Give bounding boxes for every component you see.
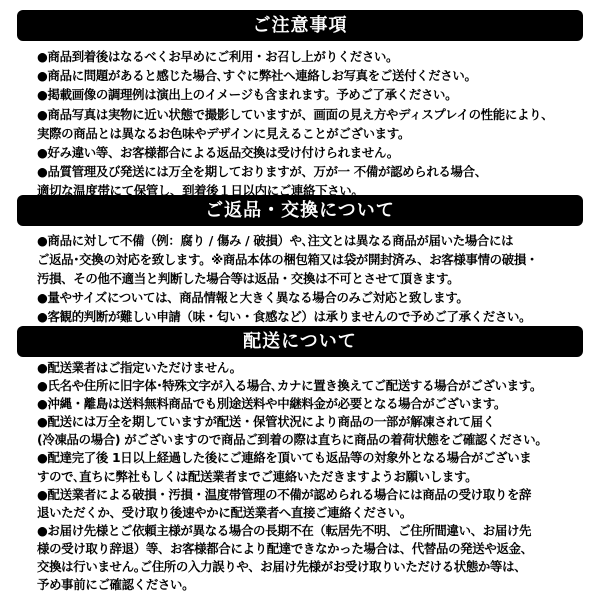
- shipping-line: ●配送には万全を期していますが配送・保管状況により商品の一部が解凍されて届く: [37, 413, 592, 431]
- returns-line: ●客観的判断が難しい申請（味・匂い・食感など）は承りませんので予めご了承ください…: [37, 307, 592, 326]
- shipping-line: ●お届け先様とご依頼主様が異なる場合の長期不在（転居先不明、ご住所間違い、お届け…: [37, 522, 592, 540]
- notice-line: 実際の商品とは異なるお色味やデザインに見えることがございます。: [37, 124, 592, 143]
- shipping-line: ●配送業者による破損・汚損・温度帯管理の不備が認められる場合には商品の受け取りを…: [37, 486, 592, 504]
- shipping-line: 様の受け取り辞退）等、お客様都合により配達できなかった場合は、代替品の発送や返金…: [37, 540, 592, 558]
- shipping-line: ●沖縄・離島は送料無料商品でも別途送料や中継料金が必要となる場合がございます。: [37, 395, 592, 413]
- shipping-line: 交換は行いません｡ご住所の入力誤りや、お届け先様がお受け取りいただける状態か等は…: [37, 558, 592, 576]
- returns-line: 汚損、その他不適当と判断した場合等は返品・交換は不可とさせて頂きます。: [37, 269, 592, 288]
- section-header-notes: ご注意事項: [17, 10, 583, 41]
- shipping-line: すので､直ちに弊社もしくは配送業者までご連絡いただきますようお願いします。: [37, 468, 592, 486]
- shipping-line: ●配達完了後 1日以上経過した後にご連絡を頂いても返品等の対象外となる場合がござ…: [37, 449, 592, 467]
- shipping-line: 退いただくか、受け取り後速やかに配送業者へ直接ご連絡ください。: [37, 504, 592, 522]
- section-header-shipping: 配送について: [17, 326, 583, 357]
- notice-line: ●掲載画像の調理例は演出上のイメージも含まれます。予めご了承ください。: [37, 85, 592, 104]
- section-header-returns: ご返品・交換について: [17, 195, 583, 226]
- returns-line: ●量やサイズについては、商品情報と大きく異なる場合のみご対応と致します。: [37, 288, 592, 307]
- shipping-line: (冷凍品の場合) がございますので商品ご到着の際は直ちに商品の着荷状態をご確認く…: [37, 431, 592, 449]
- returns-line: ご返品･交換の対応を致します。※商品本体の梱包箱又は袋が開封済み、お客様事情の破…: [37, 250, 592, 269]
- section-body-returns: ●商品に対して不備（例：腐り / 傷み / 破損）や､注文とは異なる商品が届いた…: [37, 231, 592, 326]
- notice-line: ●好み違い等、お客様都合による返品交換は受け付けられません。: [37, 143, 592, 162]
- shipping-line: ●氏名や住所に旧字体･特殊文字が入る場合､カナに置き換えてご配送する場合がござい…: [37, 377, 592, 395]
- shipping-line: 予め事前にご確認ください。: [37, 576, 592, 594]
- notice-line: ●品質管理及び発送には万全を期しておりますが、万が一 不備が認められる場合、: [37, 162, 592, 181]
- section-body-shipping: ●配送業者はご指定いただけません。 ●氏名や住所に旧字体･特殊文字が入る場合､カ…: [37, 359, 592, 594]
- section-body-notes: ●商品到着後はなるべくお早めにご利用・お召し上がりください。 ●商品に問題がある…: [37, 47, 592, 201]
- shipping-line: ●配送業者はご指定いただけません。: [37, 359, 592, 377]
- notice-line: ●商品到着後はなるべくお早めにご利用・お召し上がりください。: [37, 47, 592, 66]
- notice-line: ●商品写真は実物に近い状態で撮影していますが、画面の見え方やディスプレイの性能に…: [37, 105, 592, 124]
- notice-line: ●商品に問題があると感じた場合､すぐに弊社へ連絡しお写真をご送付ください。: [37, 66, 592, 85]
- returns-line: ●商品に対して不備（例：腐り / 傷み / 破損）や､注文とは異なる商品が届いた…: [37, 231, 592, 250]
